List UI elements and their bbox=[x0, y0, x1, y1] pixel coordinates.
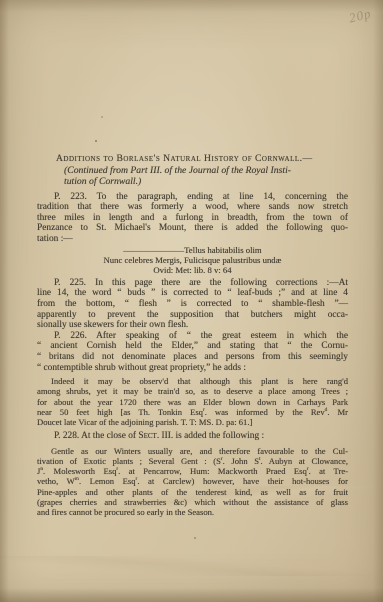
quoted-note-elder: Indeed it may be observ'd that although … bbox=[37, 376, 348, 427]
text-column: Additions to Borlase's Natural History o… bbox=[37, 153, 348, 517]
text-line: tation :— bbox=[37, 234, 348, 245]
text-line: “ britans did not denominate places and … bbox=[37, 352, 348, 363]
text-line: among shrubs, yet it may be train'd so, … bbox=[37, 386, 348, 396]
text-line: P. 225. In this page there are the follo… bbox=[37, 278, 348, 289]
text-line: Penzance to St. Michael's Mount, there i… bbox=[37, 223, 348, 234]
quoted-note-winters: Gentle as our Winters usually are, and t… bbox=[37, 446, 348, 517]
latin-quotation: ———————Tellus habitabilis olimNunc celeb… bbox=[37, 246, 348, 275]
text-line: sionally use skewers for their own flesh… bbox=[37, 320, 348, 331]
scanned-book-page: 20p Additions to Borlase's Natural Histo… bbox=[0, 0, 383, 602]
article-heading: Additions to Borlase's Natural History o… bbox=[37, 153, 348, 188]
text-line: and fires cannot be procured so early in… bbox=[37, 507, 348, 517]
text-line: Jn. Molesworth Esqr. at Pencarrow, Hum: … bbox=[37, 466, 348, 476]
text-line: vetho, Wm. Lemon Esqr. at Carclew) howev… bbox=[37, 476, 348, 486]
text-line: three miles in length and a furlong in b… bbox=[37, 213, 348, 224]
text-line: tution of Cornwall.) bbox=[64, 176, 348, 188]
text-line: P. 226. After speaking of “ the great es… bbox=[37, 331, 348, 342]
paragraph-p223: P. 223. To the paragraph, ending at line… bbox=[37, 192, 348, 245]
text-line: (Continued from Part III. of the Journal… bbox=[64, 165, 348, 177]
article-title: Additions to Borlase's Natural History o… bbox=[37, 153, 348, 165]
text-line: Gentle as our Winters usually are, and t… bbox=[37, 446, 348, 456]
text-line: apparently to prevent the supposition th… bbox=[37, 310, 348, 321]
text-line: for about the year 1720 there was an Eld… bbox=[37, 397, 348, 407]
text-line: (grapes cherries and strawberries &c) wh… bbox=[37, 497, 348, 507]
text-line: Pine-apples and other plants of the tend… bbox=[37, 487, 348, 497]
paper-crease bbox=[0, 556, 383, 576]
text-line: P. 228. At the close of Sect. III. is ad… bbox=[37, 431, 348, 442]
text-line: “ contemptible shrub without great propr… bbox=[37, 363, 348, 374]
article-subtitle: (Continued from Part III. of the Journal… bbox=[37, 165, 348, 188]
text-line: near 50 feet high [as Th. Tonkin Esqr. w… bbox=[37, 407, 348, 417]
pencil-annotation: 20p bbox=[347, 6, 373, 27]
text-line: from the bottom, “ flesh ” is corrected … bbox=[37, 299, 348, 310]
text-line: Indeed it may be observ'd that although … bbox=[37, 376, 348, 386]
text-line: Ovid: Met: lib. 8 v: 64 bbox=[37, 266, 348, 276]
text-line: P. 223. To the paragraph, ending at line… bbox=[37, 192, 348, 203]
paragraph-p226: P. 226. After speaking of “ the great es… bbox=[37, 331, 348, 373]
paragraph-p225: P. 225. In this page there are the follo… bbox=[37, 278, 348, 331]
text-line: line 14, the word “ buds ” is corrected … bbox=[37, 288, 348, 299]
text-line: tradition that there was formerly a wood… bbox=[37, 202, 348, 213]
paper-speck bbox=[194, 537, 196, 539]
paper-speck bbox=[95, 140, 97, 142]
paper-speck bbox=[101, 116, 103, 118]
text-line: Doucet late Vicar of the adjoining paris… bbox=[37, 417, 348, 427]
text-line: tivation of Exotic plants ; Several Gent… bbox=[37, 456, 348, 466]
text-line: “ ancient Cornish held the Elder,” and s… bbox=[37, 341, 348, 352]
paragraph-p228: P. 228. At the close of Sect. III. is ad… bbox=[37, 431, 348, 442]
